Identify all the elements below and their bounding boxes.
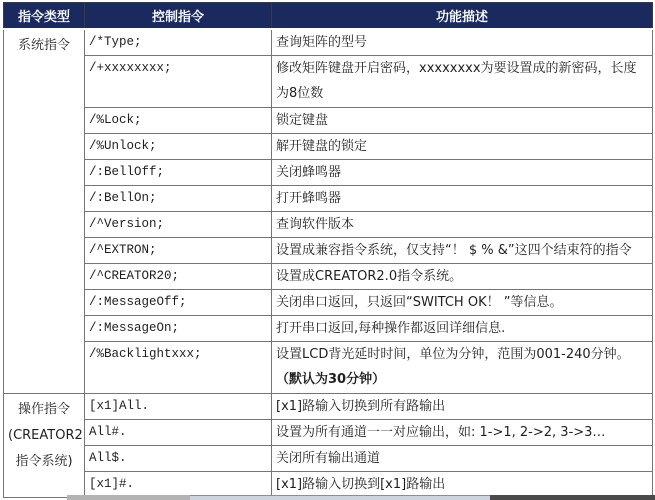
- table-row: /%Backlightxxx;设置LCD背光延时时间，单位为分钟，范围为001-…: [4, 341, 653, 393]
- table-row: /^CREATOR20;设置成CREATOR2.0指令系统。: [4, 263, 653, 289]
- command-type-cell: 系统指令: [4, 29, 85, 394]
- control-command-cell: [x1]#.: [85, 471, 272, 497]
- control-command-cell: /%Lock;: [85, 107, 272, 133]
- table-row: /:MessageOn;打开串口返回,每种操作都返回详细信息.: [4, 315, 653, 341]
- table-row: /+xxxxxxxx;修改矩阵键盘开启密码，xxxxxxxx为要设置成的新密码，…: [4, 55, 653, 107]
- function-description-cell: [x1]路输入切换到[x1]路输出: [272, 471, 653, 497]
- control-command-cell: /%Backlightxxx;: [85, 341, 272, 393]
- function-description-cell: 设置为所有通道一一对应输出，如: 1->1, 2->2, 3->3…: [272, 419, 653, 445]
- function-description-cell: 打开蜂鸣器: [272, 185, 653, 211]
- control-command-cell: All#.: [85, 419, 272, 445]
- function-description-cell: 解开键盘的锁定: [272, 133, 653, 159]
- table-row: 系统指令/*Type;查询矩阵的型号: [4, 29, 653, 56]
- function-description-cell: 打开串口返回,每种操作都返回详细信息.: [272, 315, 653, 341]
- control-command-cell: /^CREATOR20;: [85, 263, 272, 289]
- table-row: /^Version;查询软件版本: [4, 211, 653, 237]
- bottom-cutoff-strip: [67, 495, 655, 500]
- control-command-cell: /*Type;: [85, 29, 272, 56]
- table-row: /^EXTRON;设置成兼容指令系统，仅支持“！ $ % &”这四个结束符的指令: [4, 237, 653, 263]
- table-row: /:BellOn;打开蜂鸣器: [4, 185, 653, 211]
- control-command-cell: /:MessageOff;: [85, 289, 272, 315]
- table-row: /:BellOff;关闭蜂鸣器: [4, 159, 653, 185]
- table-row: All#.设置为所有通道一一对应输出，如: 1->1, 2->2, 3->3…: [4, 419, 653, 445]
- table-row: /%Unlock;解开键盘的锁定: [4, 133, 653, 159]
- function-description-cell: 关闭所有输出通道: [272, 445, 653, 471]
- function-description-cell: 设置成CREATOR2.0指令系统。: [272, 263, 653, 289]
- control-command-cell: /^Version;: [85, 211, 272, 237]
- control-command-cell: /^EXTRON;: [85, 237, 272, 263]
- table-row: /%Lock;锁定键盘: [4, 107, 653, 133]
- control-command-cell: /+xxxxxxxx;: [85, 55, 272, 107]
- bottom-cutoff-strip-light-segment: [190, 495, 490, 500]
- control-command-cell: /%Unlock;: [85, 133, 272, 159]
- header-command-type: 指令类型: [4, 3, 85, 29]
- table-row: 操作指令(CREATOR2.0指令系统)[x1]All.[x1]路输入切换到所有…: [4, 393, 653, 419]
- control-command-cell: /:BellOff;: [85, 159, 272, 185]
- bottom-cutoff-strip-dark-segment: [490, 495, 655, 500]
- table-header-row: 指令类型 控制指令 功能描述: [4, 3, 653, 29]
- function-description-cell: 修改矩阵键盘开启密码，xxxxxxxx为要设置成的新密码，长度为8位数: [272, 55, 653, 107]
- function-description-cell: 设置LCD背光延时时间，单位为分钟，范围为001-240分钟。 （默认为30分钟…: [272, 341, 653, 393]
- command-table: 指令类型 控制指令 功能描述 系统指令/*Type;查询矩阵的型号/+xxxxx…: [3, 2, 653, 498]
- control-command-cell: /:BellOn;: [85, 185, 272, 211]
- function-description-cell: 查询矩阵的型号: [272, 29, 653, 56]
- function-description-cell: 关闭串口返回，只返回“SWITCH OK！ ”等信息。: [272, 289, 653, 315]
- control-command-cell: All$.: [85, 445, 272, 471]
- control-command-cell: [x1]All.: [85, 393, 272, 419]
- table-row: All$.关闭所有输出通道: [4, 445, 653, 471]
- function-description-cell: 设置成兼容指令系统，仅支持“！ $ % &”这四个结束符的指令: [272, 237, 653, 263]
- table-row: [x1]#.[x1]路输入切换到[x1]路输出: [4, 471, 653, 497]
- table-row: /:MessageOff;关闭串口返回，只返回“SWITCH OK！ ”等信息。: [4, 289, 653, 315]
- control-command-cell: /:MessageOn;: [85, 315, 272, 341]
- function-description-cell: 查询软件版本: [272, 211, 653, 237]
- header-function-description: 功能描述: [272, 3, 653, 29]
- header-control-command: 控制指令: [85, 3, 272, 29]
- table-body: 系统指令/*Type;查询矩阵的型号/+xxxxxxxx;修改矩阵键盘开启密码，…: [4, 29, 653, 498]
- function-description-cell: 关闭蜂鸣器: [272, 159, 653, 185]
- manual-page: 指令类型 控制指令 功能描述 系统指令/*Type;查询矩阵的型号/+xxxxx…: [0, 0, 655, 500]
- function-description-cell: 锁定键盘: [272, 107, 653, 133]
- function-description-cell: [x1]路输入切换到所有路输出: [272, 393, 653, 419]
- command-type-cell: 操作指令(CREATOR2.0指令系统): [4, 393, 85, 497]
